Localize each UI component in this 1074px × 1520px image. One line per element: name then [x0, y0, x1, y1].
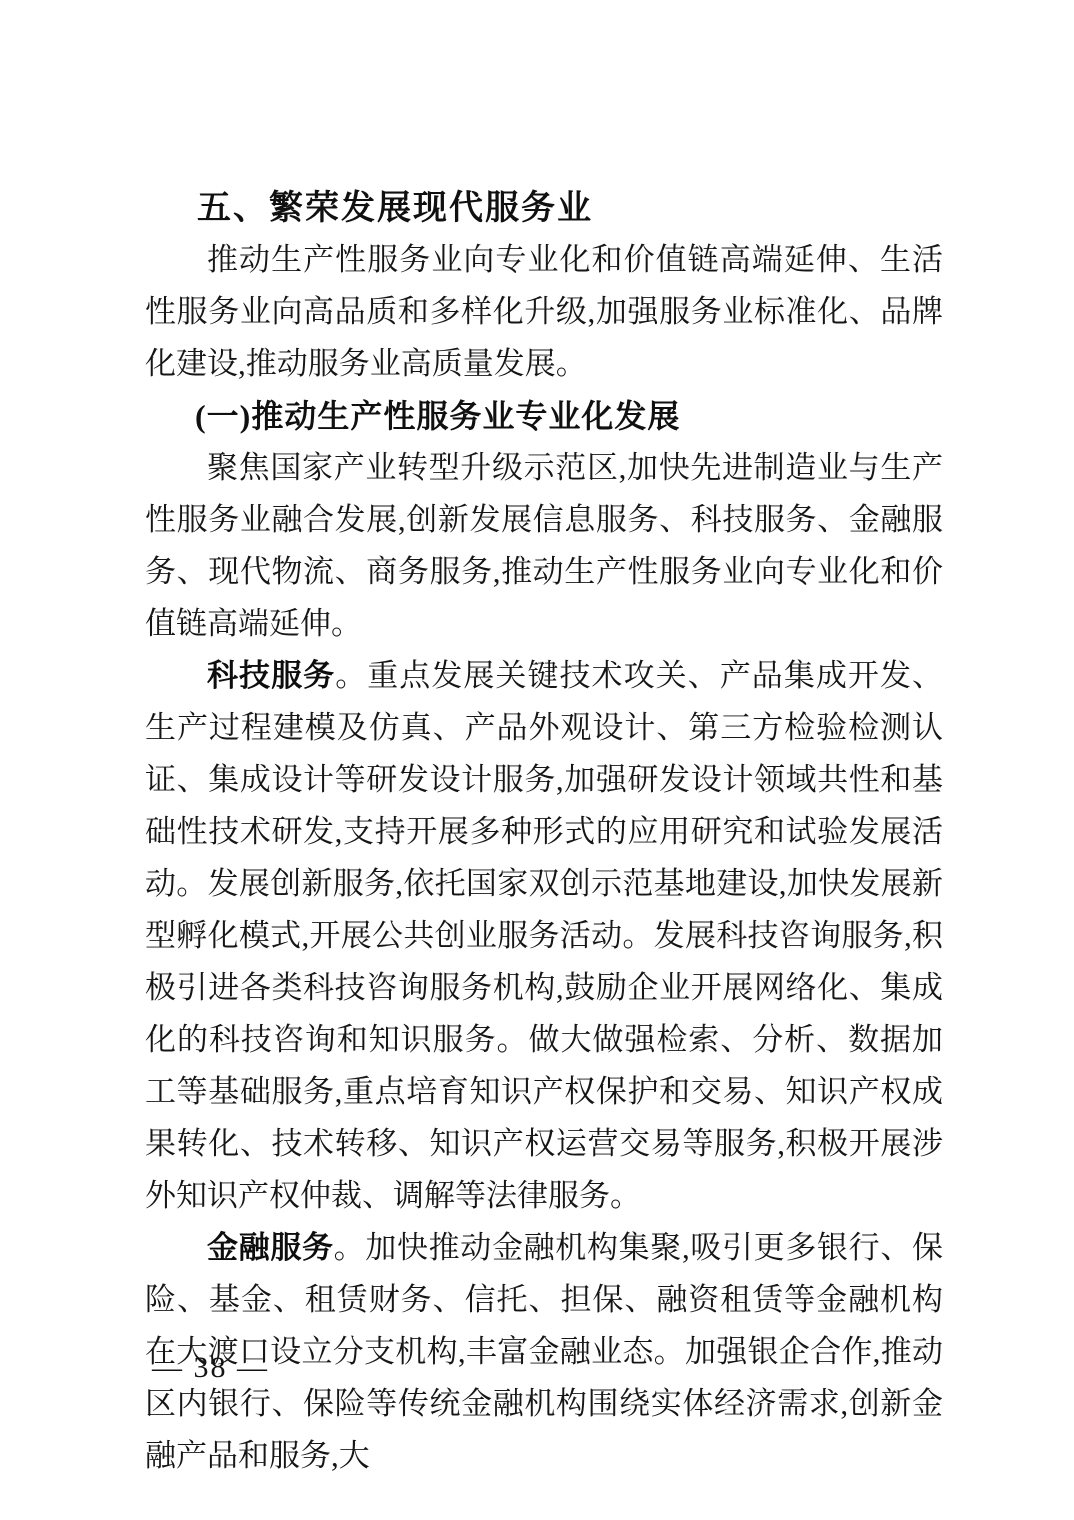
subsection-heading: (一)推动生产性服务业专业化发展 — [145, 390, 943, 442]
page-number: — 38 — — [152, 1348, 269, 1388]
finance-services-lead: 金融服务 — [207, 1230, 334, 1265]
paragraph-intro: 推动生产性服务业向专业化和价值链高端延伸、生活性服务业向高品质和多样化升级,加强… — [145, 234, 943, 390]
tech-services-text: 。重点发展关键技术攻关、产品集成开发、生产过程建模及仿真、产品外观设计、第三方检… — [145, 658, 943, 1213]
tech-services-lead: 科技服务 — [207, 658, 335, 693]
paragraph-focus: 聚焦国家产业转型升级示范区,加快先进制造业与生产性服务业融合发展,创新发展信息服… — [145, 442, 943, 650]
section-heading: 五、繁荣发展现代服务业 — [145, 182, 943, 234]
document-page: 五、繁荣发展现代服务业 推动生产性服务业向专业化和价值链高端延伸、生活性服务业向… — [0, 0, 1074, 1520]
document-body: 五、繁荣发展现代服务业 推动生产性服务业向专业化和价值链高端延伸、生活性服务业向… — [145, 182, 943, 1482]
paragraph-tech-services: 科技服务。重点发展关键技术攻关、产品集成开发、生产过程建模及仿真、产品外观设计、… — [145, 650, 943, 1222]
